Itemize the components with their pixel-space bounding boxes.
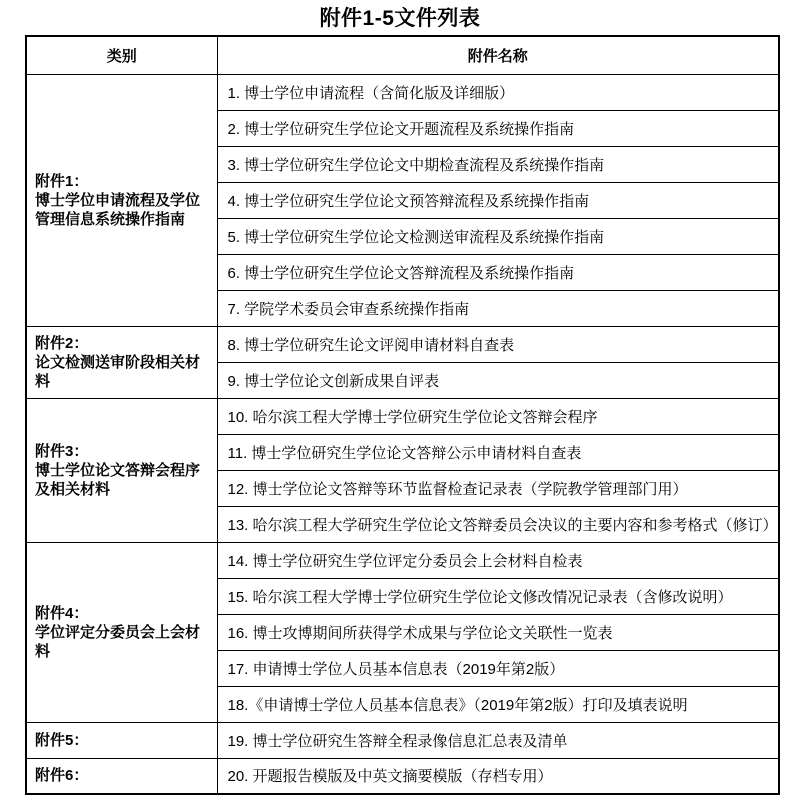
table-row: 附件2： 论文检测送审阶段相关材料 8. 博士学位研究生论文评阅申请材料自查表 bbox=[26, 326, 779, 362]
category-label: 附件6： bbox=[35, 766, 215, 785]
document-title: 附件1-5文件列表 bbox=[0, 0, 800, 35]
item-cell: 2. 博士学位研究生学位论文开题流程及系统操作指南 bbox=[217, 110, 779, 146]
item-cell: 7. 学院学术委员会审查系统操作指南 bbox=[217, 290, 779, 326]
column-header-category: 类别 bbox=[26, 36, 217, 74]
category-cell-attachment-2: 附件2： 论文检测送审阶段相关材料 bbox=[26, 326, 217, 398]
item-cell: 19. 博士学位研究生答辩全程录像信息汇总表及清单 bbox=[217, 722, 779, 758]
item-cell: 5. 博士学位研究生学位论文检测送审流程及系统操作指南 bbox=[217, 218, 779, 254]
item-cell: 9. 博士学位论文创新成果自评表 bbox=[217, 362, 779, 398]
item-cell: 17. 申请博士学位人员基本信息表（2019年第2版） bbox=[217, 650, 779, 686]
item-cell: 10. 哈尔滨工程大学博士学位研究生学位论文答辩会程序 bbox=[217, 398, 779, 434]
category-cell-attachment-4: 附件4： 学位评定分委员会上会材料 bbox=[26, 542, 217, 722]
item-cell: 15. 哈尔滨工程大学博士学位研究生学位论文修改情况记录表（含修改说明） bbox=[217, 578, 779, 614]
category-label: 附件3： bbox=[35, 442, 215, 461]
item-cell: 16. 博士攻博期间所获得学术成果与学位论文关联性一览表 bbox=[217, 614, 779, 650]
item-cell: 20. 开题报告模版及中英文摘要模版（存档专用） bbox=[217, 758, 779, 794]
table-header-row: 类别 附件名称 bbox=[26, 36, 779, 74]
item-cell: 1. 博士学位申请流程（含简化版及详细版） bbox=[217, 74, 779, 110]
category-cell-attachment-5: 附件5： bbox=[26, 722, 217, 758]
category-cell-attachment-6: 附件6： bbox=[26, 758, 217, 794]
attachment-list-table: 类别 附件名称 附件1： 博士学位申请流程及学位管理信息系统操作指南 1. 博士… bbox=[25, 35, 780, 795]
item-cell: 12. 博士学位论文答辩等环节监督检查记录表（学院教学管理部门用） bbox=[217, 470, 779, 506]
column-header-attachment: 附件名称 bbox=[217, 36, 779, 74]
category-label: 附件4： bbox=[35, 604, 215, 623]
table-row: 附件4： 学位评定分委员会上会材料 14. 博士学位研究生学位评定分委员会上会材… bbox=[26, 542, 779, 578]
category-label: 附件1： bbox=[35, 172, 215, 191]
category-cell-attachment-1: 附件1： 博士学位申请流程及学位管理信息系统操作指南 bbox=[26, 74, 217, 326]
item-cell: 11. 博士学位研究生学位论文答辩公示申请材料自查表 bbox=[217, 434, 779, 470]
category-label: 附件5： bbox=[35, 731, 215, 750]
item-cell: 6. 博士学位研究生学位论文答辩流程及系统操作指南 bbox=[217, 254, 779, 290]
item-cell: 8. 博士学位研究生论文评阅申请材料自查表 bbox=[217, 326, 779, 362]
category-desc: 学位评定分委员会上会材料 bbox=[35, 623, 215, 661]
category-cell-attachment-3: 附件3： 博士学位论文答辩会程序及相关材料 bbox=[26, 398, 217, 542]
category-desc: 博士学位申请流程及学位管理信息系统操作指南 bbox=[35, 191, 215, 229]
category-desc: 论文检测送审阶段相关材料 bbox=[35, 353, 215, 391]
category-label: 附件2： bbox=[35, 334, 215, 353]
item-cell: 18.《申请博士学位人员基本信息表》（2019年第2版）打印及填表说明 bbox=[217, 686, 779, 722]
table-row: 附件5： 19. 博士学位研究生答辩全程录像信息汇总表及清单 bbox=[26, 722, 779, 758]
item-cell: 4. 博士学位研究生学位论文预答辩流程及系统操作指南 bbox=[217, 182, 779, 218]
table-row: 附件1： 博士学位申请流程及学位管理信息系统操作指南 1. 博士学位申请流程（含… bbox=[26, 74, 779, 110]
table-row: 附件6： 20. 开题报告模版及中英文摘要模版（存档专用） bbox=[26, 758, 779, 794]
table-row: 附件3： 博士学位论文答辩会程序及相关材料 10. 哈尔滨工程大学博士学位研究生… bbox=[26, 398, 779, 434]
item-cell: 3. 博士学位研究生学位论文中期检查流程及系统操作指南 bbox=[217, 146, 779, 182]
item-cell: 14. 博士学位研究生学位评定分委员会上会材料自检表 bbox=[217, 542, 779, 578]
item-cell: 13. 哈尔滨工程大学研究生学位论文答辩委员会决议的主要内容和参考格式（修订） bbox=[217, 506, 779, 542]
category-desc: 博士学位论文答辩会程序及相关材料 bbox=[35, 461, 215, 499]
